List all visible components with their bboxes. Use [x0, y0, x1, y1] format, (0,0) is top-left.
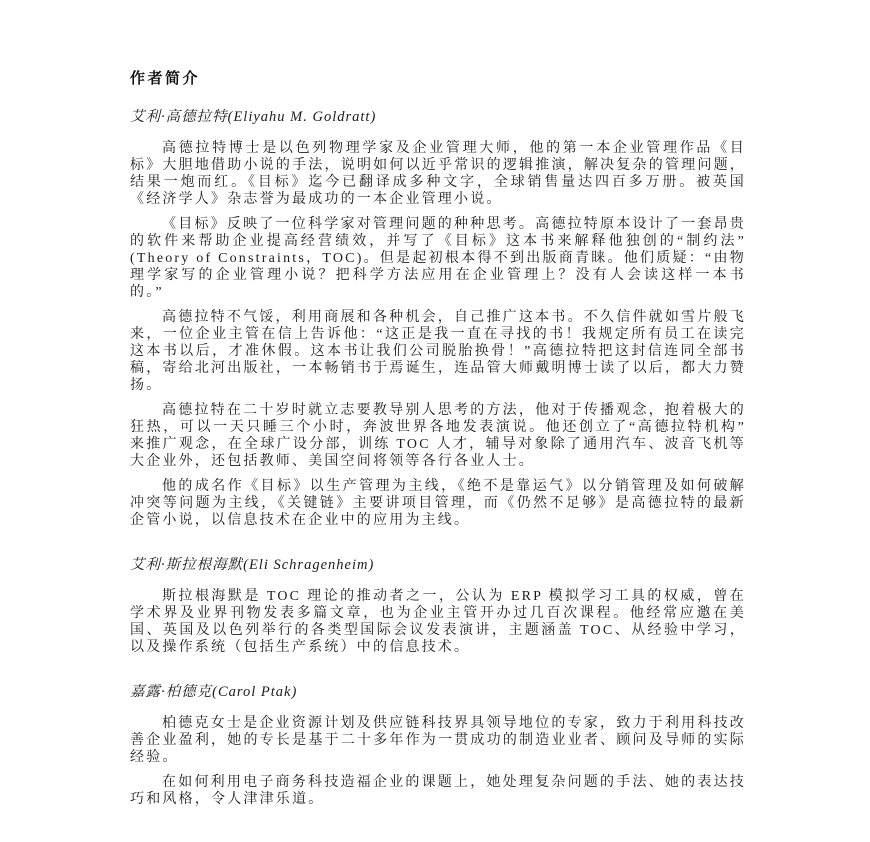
- paragraph: 斯拉根海默是 TOC 理论的推动者之一，公认为 ERP 模拟学习工具的权威，曾在…: [130, 588, 746, 656]
- author-heading-ptak: 嘉露·柏德克(Carol Ptak): [130, 683, 746, 701]
- document-page: 作者简介 艾利·高德拉特(Eliyahu M. Goldratt) 高德拉特博士…: [130, 70, 746, 808]
- author-section-schragenheim: 艾利·斯拉根海默(Eli Schragenheim) 斯拉根海默是 TOC 理论…: [130, 556, 746, 656]
- paragraph: 高德拉特不气馁，利用商展和各种机会，自己推广这本书。不久信件就如雪片般飞来，一位…: [130, 309, 746, 394]
- page-title: 作者简介: [130, 70, 746, 88]
- author-section-goldratt: 艾利·高德拉特(Eliyahu M. Goldratt) 高德拉特博士是以色列物…: [130, 108, 746, 529]
- paragraph: 在如何利用电子商务科技造福企业的课题上，她处理复杂问题的手法、她的表达技巧和风格…: [130, 774, 746, 808]
- paragraph: 高德拉特在二十岁时就立志要教导别人思考的方法，他对于传播观念，抱着极大的狂热，可…: [130, 402, 746, 470]
- paragraph: 《目标》反映了一位科学家对管理问题的种种思考。高德拉特原本设计了一套昂贵的软件来…: [130, 216, 746, 301]
- paragraph: 高德拉特博士是以色列物理学家及企业管理大师，他的第一本企业管理作品《目标》大胆地…: [130, 140, 746, 208]
- document-canvas: 作者简介 艾利·高德拉特(Eliyahu M. Goldratt) 高德拉特博士…: [0, 0, 870, 842]
- paragraph: 柏德克女士是企业资源计划及供应链科技界具领导地位的专家，致力于利用科技改善企业盈…: [130, 715, 746, 766]
- author-heading-schragenheim: 艾利·斯拉根海默(Eli Schragenheim): [130, 556, 746, 574]
- author-heading-goldratt: 艾利·高德拉特(Eliyahu M. Goldratt): [130, 108, 746, 126]
- paragraph: 他的成名作《目标》以生产管理为主线，《绝不是靠运气》以分销管理及如何破解冲突等问…: [130, 478, 746, 529]
- author-section-ptak: 嘉露·柏德克(Carol Ptak) 柏德克女士是企业资源计划及供应链科技界具领…: [130, 683, 746, 808]
